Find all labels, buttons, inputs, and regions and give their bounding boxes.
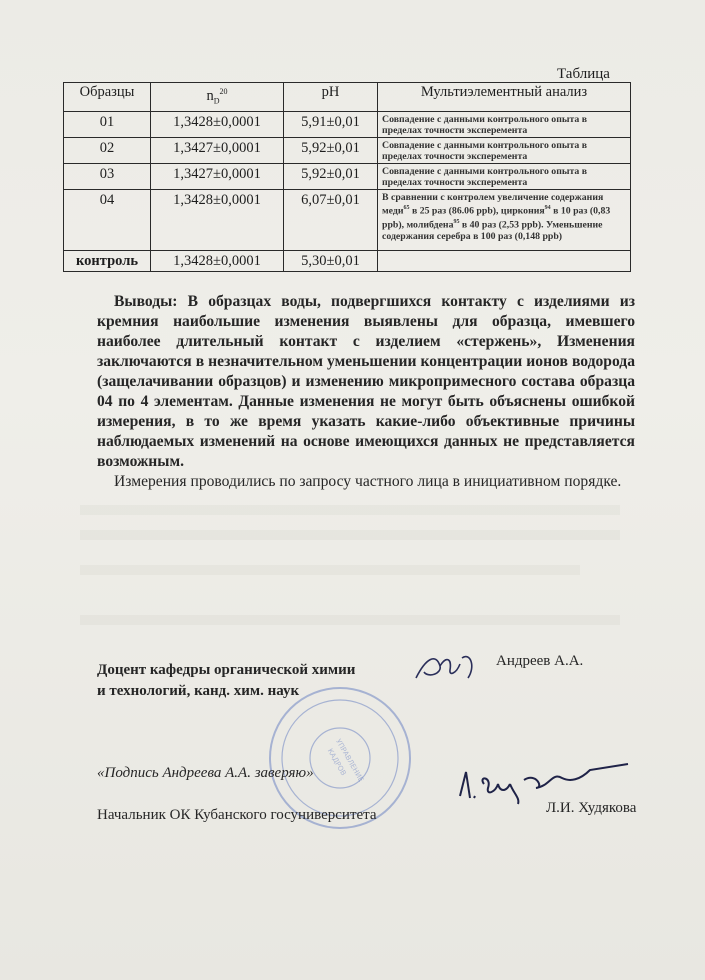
sample-id: 02	[64, 137, 151, 163]
table-row: 04 1,3428±0,0001 6,07±0,01 В сравнении с…	[64, 189, 631, 250]
table-header-row: Образцы nD20 pH Мультиэлементный анализ	[64, 83, 631, 112]
conclusions-label: Выводы:	[114, 293, 178, 310]
bleed-through-line	[80, 615, 620, 625]
bleed-through-line	[80, 505, 620, 515]
analysis-text	[378, 250, 631, 271]
bleed-through-line	[80, 565, 580, 575]
table-row: 03 1,3427±0,0001 5,92±0,01 Совпадение с …	[64, 163, 631, 189]
ph-value: 5,91±0,01	[284, 111, 378, 137]
analysis-text: Совпадение с данными контрольного опыта …	[378, 137, 631, 163]
signer-name-1: Андреев А.А.	[496, 653, 583, 670]
signature-khudyakova-icon	[440, 758, 630, 808]
bleed-through-line	[80, 530, 620, 540]
sample-id: 04	[64, 189, 151, 250]
analysis-text: В сравнении с контролем увеличение содер…	[378, 189, 631, 250]
sample-id: 03	[64, 163, 151, 189]
conclusions-paragraph: Выводы: В образцах воды, подвергшихся ко…	[97, 292, 635, 472]
header-multielement: Мультиэлементный анализ	[378, 83, 631, 112]
header-refractive-index: nD20	[151, 83, 284, 112]
analysis-text: Совпадение с данными контрольного опыта …	[378, 111, 631, 137]
conclusions-text: В образцах воды, подвергшихся контакту с…	[97, 293, 635, 470]
ph-value: 5,30±0,01	[284, 250, 378, 271]
certification-text: «Подпись Андреева А.А. заверяю»	[97, 765, 314, 782]
sample-id: 01	[64, 111, 151, 137]
sample-id: контроль	[64, 250, 151, 271]
refractive-index: 1,3427±0,0001	[151, 163, 284, 189]
ph-value: 5,92±0,01	[284, 137, 378, 163]
header-samples: Образцы	[64, 83, 151, 112]
table-row-control: контроль 1,3428±0,0001 5,30±0,01	[64, 250, 631, 271]
table-row: 01 1,3428±0,0001 5,91±0,01 Совпадение с …	[64, 111, 631, 137]
refractive-index: 1,3427±0,0001	[151, 137, 284, 163]
refractive-index: 1,3428±0,0001	[151, 250, 284, 271]
position-line-3: Начальник ОК Кубанского госуниверситета	[97, 807, 377, 824]
ph-value: 5,92±0,01	[284, 163, 378, 189]
refractive-index: 1,3428±0,0001	[151, 111, 284, 137]
refractive-index: 1,3428±0,0001	[151, 189, 284, 250]
conclusions-section: Выводы: В образцах воды, подвергшихся ко…	[97, 292, 635, 492]
header-ph: pH	[284, 83, 378, 112]
table-caption: Таблица	[557, 66, 610, 83]
table-row: 02 1,3427±0,0001 5,92±0,01 Совпадение с …	[64, 137, 631, 163]
measurement-note: Измерения проводились по запросу частног…	[97, 472, 635, 492]
analysis-text: Совпадение с данными контрольного опыта …	[378, 163, 631, 189]
ph-value: 6,07±0,01	[284, 189, 378, 250]
signature-andreev-icon	[406, 648, 486, 688]
position-line-1: Доцент кафедры органической химии	[97, 662, 355, 679]
results-table: Образцы nD20 pH Мультиэлементный анализ …	[63, 82, 631, 272]
